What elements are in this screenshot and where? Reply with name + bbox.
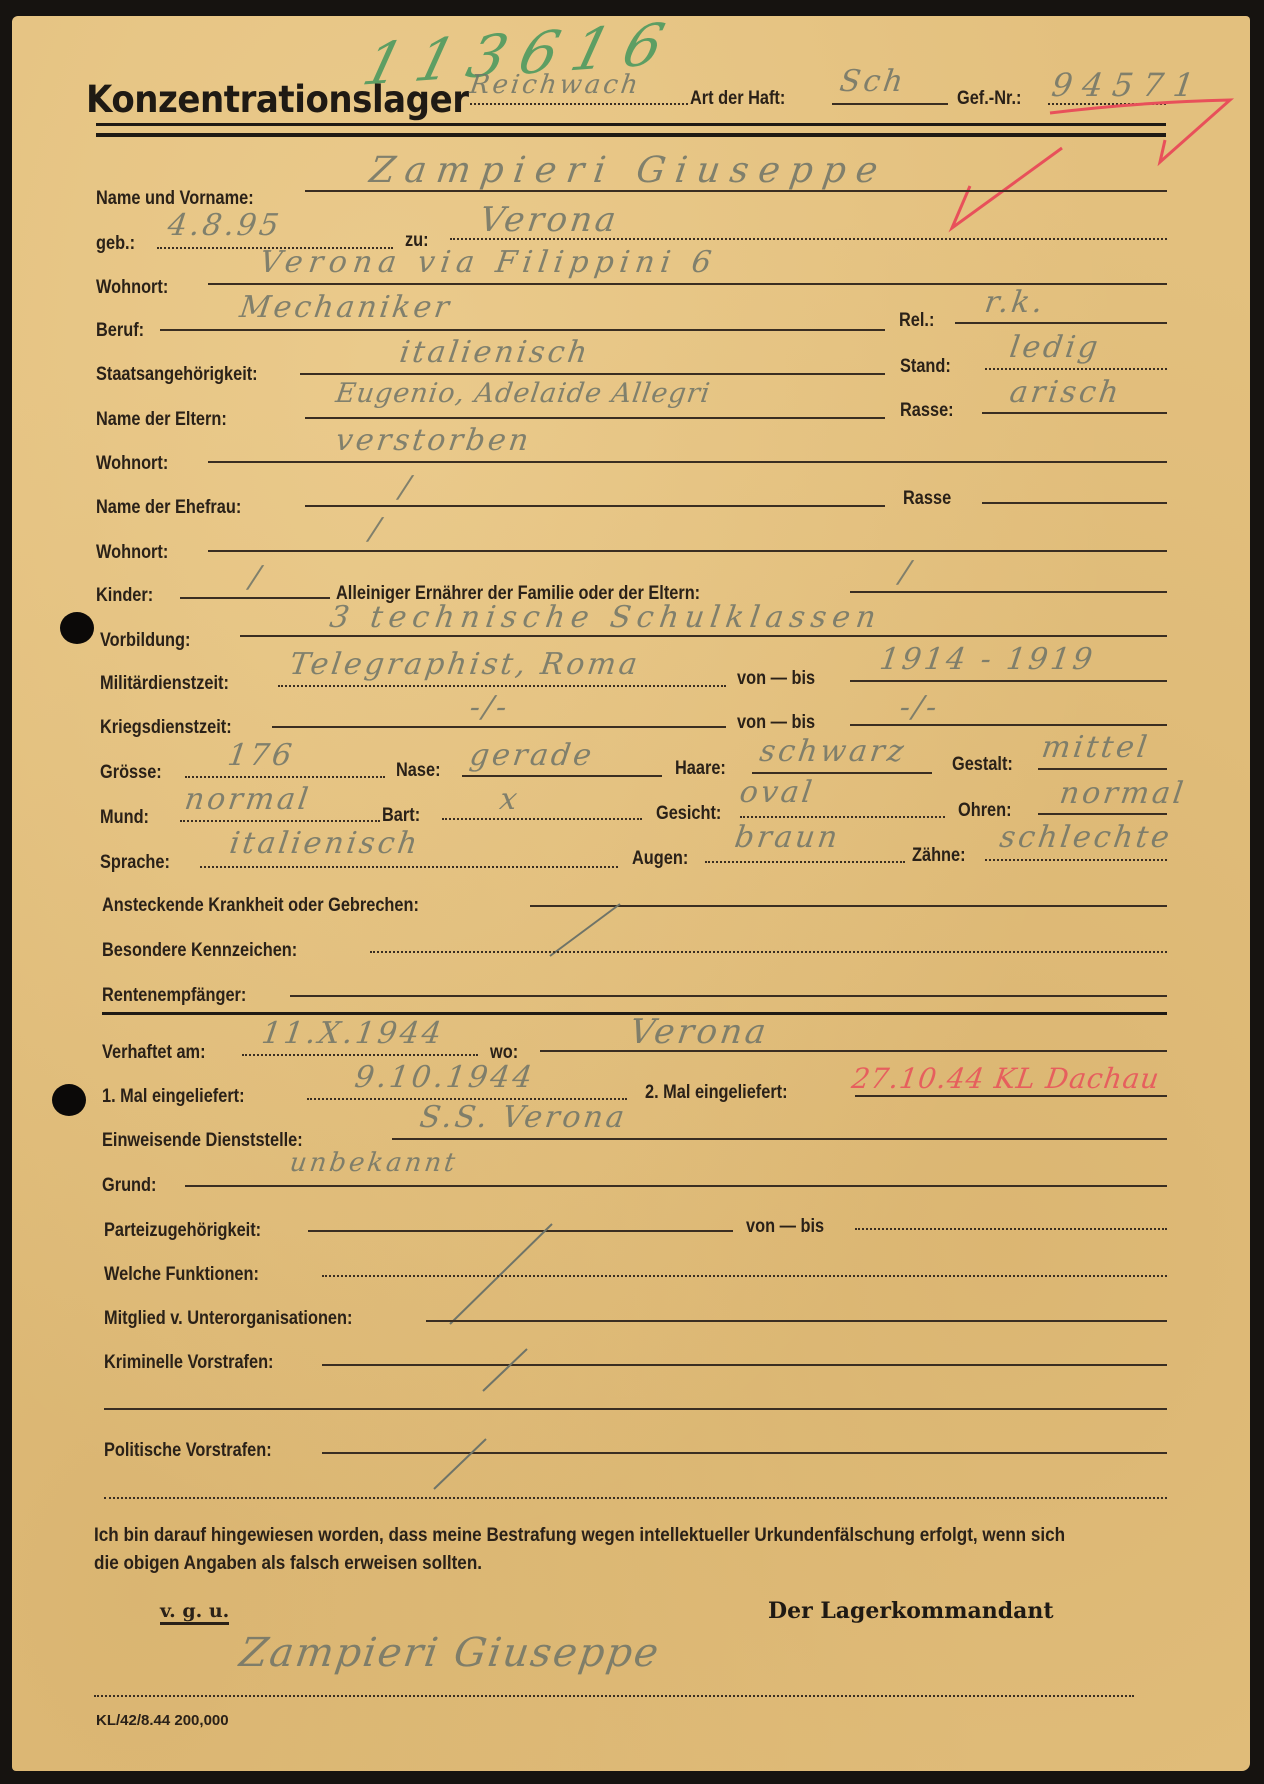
dienststelle-line — [392, 1138, 1167, 1140]
ehefrau-rasse-line — [982, 502, 1167, 504]
ehefrau-rasse-label: Rasse — [903, 488, 951, 510]
mal2-line — [855, 1095, 1167, 1097]
haare-value: schwarz — [758, 734, 909, 769]
militaer-value: Telegraphist, Roma — [288, 647, 643, 682]
vgu-label: v. g. u. — [160, 1600, 229, 1625]
haare-line — [752, 772, 932, 774]
header-rule-2 — [96, 133, 1166, 137]
art-der-haft-label: Art der Haft: — [690, 88, 785, 110]
grund-line — [185, 1185, 1167, 1187]
mund-line — [180, 820, 380, 822]
wo-value: Verona — [627, 1012, 771, 1052]
eltern-value: Eugenio, Adelaide Allegri — [334, 378, 713, 409]
ohren-label: Ohren: — [958, 800, 1012, 822]
camp-value: Reichwach — [468, 70, 643, 100]
funktionen-line — [322, 1275, 1167, 1277]
grund-label: Grund: — [102, 1175, 156, 1197]
kennzeichen-label: Besondere Kennzeichen: — [102, 940, 297, 962]
form-title: Konzentrationslager — [86, 78, 469, 121]
beruf-label: Beruf: — [96, 320, 144, 342]
staat-line — [300, 373, 885, 375]
mal1-value: 9.10.1944 — [353, 1060, 538, 1095]
gesicht-label: Gesicht: — [656, 803, 721, 825]
wohnort-label: Wohnort: — [96, 277, 168, 299]
militaer-vonbis-line — [850, 680, 1167, 682]
sprache-label: Sprache: — [100, 852, 170, 874]
politisch-line-2 — [104, 1497, 1167, 1499]
staat-value: italienisch — [398, 335, 593, 370]
name-label: Name und Vorname: — [96, 188, 254, 210]
ehefrau-line — [305, 505, 885, 507]
rel-line — [955, 322, 1167, 324]
ohren-value: normal — [1058, 776, 1189, 811]
geb-label: geb.: — [96, 233, 135, 255]
zu-value: Verona — [477, 200, 621, 240]
signature: Zampieri Giuseppe — [237, 1630, 663, 1676]
geb-value: 4.8.95 — [166, 208, 284, 243]
dienststelle-label: Einweisende Dienststelle: — [102, 1130, 303, 1152]
gestalt-value: mittel — [1040, 730, 1152, 765]
beruf-line — [160, 329, 885, 331]
ehefrau-label: Name der Ehefrau: — [96, 497, 241, 519]
vorbildung-label: Vorbildung: — [100, 630, 190, 652]
gesicht-value: oval — [738, 775, 817, 810]
krieg-value: -/- — [468, 690, 512, 725]
eltern-wohnort-label: Wohnort: — [96, 453, 168, 475]
beruf-value: Mechaniker — [238, 290, 455, 325]
grund-value: unbekannt — [288, 1148, 460, 1178]
mal2-value: 27.10.44 KL Dachau — [850, 1062, 1162, 1095]
red-check-mark-icon — [1040, 90, 1240, 170]
kinder-label: Kinder: — [96, 585, 153, 607]
eltern-wohnort-value: verstorben — [334, 423, 534, 458]
mund-label: Mund: — [100, 807, 149, 829]
rasse-label: Rasse: — [900, 400, 954, 422]
verhaftet-line — [242, 1054, 478, 1056]
bart-line — [442, 818, 642, 820]
militaer-label: Militärdienstzeit: — [100, 673, 229, 695]
stand-line — [985, 368, 1167, 370]
partei-label: Parteizugehörigkeit: — [104, 1220, 261, 1242]
staat-label: Staatsangehörigkeit: — [96, 364, 258, 386]
art-der-haft-line — [832, 103, 948, 105]
gef-nr-label: Gef.-Nr.: — [957, 88, 1021, 110]
eltern-wohnort-line — [208, 461, 1167, 463]
augen-label: Augen: — [632, 848, 688, 870]
nase-label: Nase: — [396, 760, 441, 782]
form-code: KL/42/8.44 200,000 — [96, 1712, 229, 1729]
vorbildung-value: 3 technische Schulklassen — [328, 600, 884, 635]
rasse-line — [982, 412, 1167, 414]
rente-line — [290, 995, 1167, 997]
art-der-haft-value: Sch — [838, 64, 909, 99]
zaehne-label: Zähne: — [912, 845, 966, 867]
declaration-text: Ich bin darauf hingewiesen worden, dass … — [94, 1522, 1066, 1578]
augen-line — [705, 861, 905, 863]
eltern-label: Name der Eltern: — [96, 409, 227, 431]
name-value: Zampieri Giuseppe — [367, 150, 890, 191]
zaehne-line — [985, 859, 1167, 861]
kriminell-line-2 — [104, 1408, 1167, 1410]
nase-line — [462, 775, 662, 777]
krieg-vonbis-value: -/- — [898, 690, 942, 725]
punch-hole — [52, 1084, 86, 1116]
augen-value: braun — [733, 820, 843, 855]
mal2-label: 2. Mal eingeliefert: — [645, 1082, 788, 1104]
partei-vonbis-line — [855, 1228, 1167, 1230]
rasse-value: arisch — [1008, 375, 1124, 410]
kennzeichen-line — [370, 951, 1167, 953]
wohnort-value: Verona via Filippini 6 — [258, 245, 720, 280]
mitglied-label: Mitglied v. Unterorganisationen: — [104, 1308, 352, 1330]
krieg-label: Kriegsdienstzeit: — [100, 717, 232, 739]
partei-vonbis-label: von — bis — [746, 1216, 824, 1238]
eltern-line — [305, 417, 885, 419]
zaehne-value: schlechte — [998, 820, 1175, 855]
groesse-line — [185, 776, 385, 778]
haare-label: Haare: — [675, 758, 726, 780]
groesse-value: 176 — [226, 738, 297, 773]
sprache-value: italienisch — [228, 826, 423, 861]
stand-value: ledig — [1008, 330, 1103, 365]
mitglied-line — [426, 1320, 1167, 1322]
kriminell-label: Kriminelle Vorstrafen: — [104, 1352, 274, 1374]
nase-value: gerade — [468, 738, 597, 773]
rel-label: Rel.: — [899, 310, 934, 332]
politisch-label: Politische Vorstrafen: — [104, 1440, 272, 1462]
kinder-line — [180, 597, 330, 599]
punch-hole — [60, 612, 94, 644]
verhaftet-value: 11.X.1944 — [260, 1016, 447, 1051]
verhaftet-label: Verhaftet am: — [102, 1042, 206, 1064]
krieg-line — [272, 726, 726, 728]
dienststelle-value: S.S. Verona — [418, 1100, 630, 1135]
vorbildung-line — [240, 635, 1167, 637]
ehefrau-wohnort-line — [208, 550, 1167, 552]
stand-label: Stand: — [900, 356, 951, 378]
kriminell-line — [322, 1364, 1167, 1366]
militaer-vonbis-label: von — bis — [737, 668, 815, 690]
pencil-slash-icon — [420, 1435, 500, 1495]
bart-label: Bart: — [382, 805, 420, 827]
krankheit-label: Ansteckende Krankheit oder Gebrechen: — [102, 895, 419, 917]
ernaehrer-line — [850, 591, 1167, 593]
militaer-line — [278, 685, 726, 687]
pencil-slash-icon — [475, 1345, 535, 1395]
header-rule-1 — [96, 123, 1166, 126]
militaer-vonbis-value: 1914 - 1919 — [878, 642, 1098, 677]
mund-value: normal — [183, 782, 314, 817]
gestalt-line — [1038, 768, 1167, 770]
gestalt-label: Gestalt: — [952, 754, 1013, 776]
ohren-line — [1038, 813, 1167, 815]
sprache-line — [200, 866, 618, 868]
ehefrau-wohnort-label: Wohnort: — [96, 542, 168, 564]
rente-label: Rentenempfänger: — [102, 985, 246, 1007]
rel-value: r.k. — [983, 285, 1048, 320]
camp-line — [470, 103, 688, 105]
krieg-vonbis-label: von — bis — [737, 712, 815, 734]
funktionen-label: Welche Funktionen: — [104, 1264, 259, 1286]
groesse-label: Grösse: — [100, 762, 162, 784]
signature-line — [94, 1695, 1134, 1697]
commandant-label: Der Lagerkommandant — [768, 1598, 1054, 1624]
mal1-label: 1. Mal eingeliefert: — [102, 1086, 245, 1108]
gesicht-line — [740, 816, 945, 818]
